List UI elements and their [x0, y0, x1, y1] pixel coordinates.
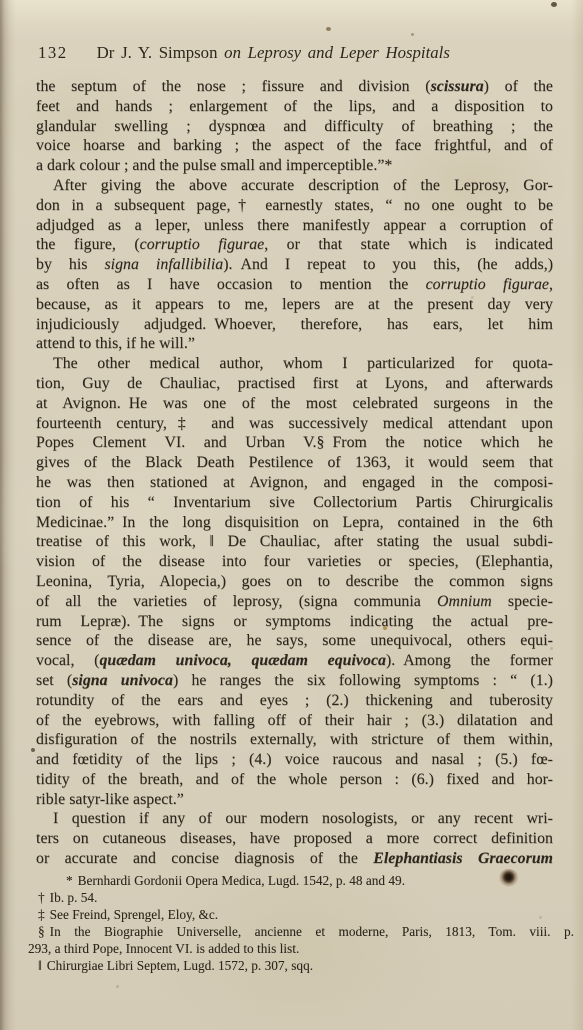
footnote-marker: *	[66, 872, 73, 889]
page-header: 132Dr J. Y. Simpson on Leprosy and Leper…	[38, 43, 553, 63]
text-segment: by his	[36, 256, 104, 273]
text-segment: ) he ranges the six following symptoms :…	[173, 672, 553, 689]
text-segment: of the eyebrows, with falling off of the…	[36, 712, 553, 729]
text-segment: fourteenth century,‡ and was successivel…	[36, 415, 553, 432]
text-line: rum Lepræ). The signs or symptoms indica…	[36, 612, 553, 632]
running-title: Dr J. Y. Simpson on Leprosy and Leper Ho…	[97, 43, 450, 62]
text-line: sence of the disease are, he says, some …	[36, 631, 553, 651]
text-segment: or accurate and concise diagnosis of the	[36, 850, 373, 867]
text-line: and fœtidity of the lips ; (4.) voice ra…	[36, 750, 553, 770]
text-segment: attend to this, if he will.”	[36, 335, 195, 352]
footnote-line: §In the Biographie Universelle, ancienne…	[28, 923, 574, 940]
running-title-italic: on Leprosy and Leper Hospitals	[224, 43, 450, 62]
text-segment: rible satyr-like aspect.”	[36, 791, 184, 808]
text-segment: ters on cutaneous diseases, have propose…	[36, 830, 553, 847]
text-segment: ) of the	[484, 78, 553, 95]
text-segment: I question if any of our modern nosologi…	[53, 810, 553, 827]
paper-speck	[550, 647, 553, 650]
text-segment: signa univoca	[72, 672, 173, 689]
text-line: attend to this, if he will.”	[36, 334, 553, 354]
text-segment: Popes Clement VI. and Urban V.§ From the…	[36, 434, 553, 451]
text-segment: vision of the disease into four varietie…	[36, 553, 553, 570]
text-line: don in a subsequent page,† earnestly sta…	[36, 196, 553, 216]
text-line: set (signa univoca) he ranges the six fo…	[36, 671, 553, 691]
text-segment: sence of the disease are, he says, some …	[36, 632, 553, 649]
footnote-marker: ‡	[38, 906, 45, 923]
footnote-line: †Ib. p. 54.	[28, 889, 574, 906]
text-line: at Avignon. He was one of the most celeb…	[36, 394, 553, 414]
text-segment: corruptio figurae	[426, 276, 549, 293]
footnote-line: *Bernhardi Gordonii Opera Medica, Lugd. …	[28, 872, 574, 889]
text-line: vocal, (quædam univoca, quædam equivoca)…	[36, 651, 553, 671]
text-segment: ). And I repeat to you this, (he adds,)	[223, 256, 553, 273]
text-line: Medicinae.” In the long disquisition on …	[36, 513, 553, 533]
paper-speck	[551, 2, 557, 7]
text-line: the septum of the nose ; fissure and div…	[36, 77, 553, 97]
text-segment: and fœtidity of the lips ; (4.) voice ra…	[36, 751, 553, 768]
text-line: The other medical author, whom I particu…	[36, 354, 553, 374]
text-segment: ,	[549, 276, 553, 293]
text-segment: tidity of the breath, and of the whole p…	[36, 771, 553, 788]
paper-speck	[116, 985, 119, 988]
text-segment: Leonina, Tyria, Alopecia,) goes on to de…	[36, 573, 553, 590]
text-line: voice hoarse and barking ; the aspect of…	[36, 136, 553, 156]
text-segment: After giving the above accurate descript…	[53, 177, 553, 194]
text-segment: scissura	[431, 78, 484, 95]
text-segment: adjudged as a leper, unless there manife…	[36, 217, 553, 234]
text-segment: the figure, (	[36, 236, 140, 253]
text-line: vision of the disease into four varietie…	[36, 552, 553, 572]
page-number: 132	[38, 43, 68, 62]
paper-speck	[90, 420, 93, 423]
running-title-roman: Dr J. Y. Simpson	[97, 43, 225, 62]
footnote-marker: §	[38, 923, 45, 940]
text-line: by his signa infallibilia). And I repeat…	[36, 255, 553, 275]
text-segment: injudiciously adjudged. Whoever, therefo…	[36, 316, 553, 333]
footnote-text: See Freind, Sprengel, Eloy, &c.	[50, 907, 218, 922]
text-segment: because, as it appears to me, lepers are…	[36, 296, 553, 313]
text-segment: rum Lepræ). The signs or symptoms indica…	[36, 613, 553, 630]
text-segment: a dark colour ; and the pulse small and …	[36, 157, 392, 174]
text-line: After giving the above accurate descript…	[36, 176, 553, 196]
text-segment: , or that state which is indicated	[264, 236, 553, 253]
text-line: injudiciously adjudged. Whoever, therefo…	[36, 315, 553, 335]
text-segment: quædam univoca, quædam equivoca	[99, 652, 385, 669]
text-segment: of all the varieties of leprosy, (signa …	[36, 593, 437, 610]
text-line: a dark colour ; and the pulse small and …	[36, 156, 553, 176]
text-segment: ). Among the former	[386, 652, 553, 669]
text-line: Leonina, Tyria, Alopecia,) goes on to de…	[36, 572, 553, 592]
text-line: or accurate and concise diagnosis of the…	[36, 849, 553, 869]
text-line: tion, Guy de Chauliac, practised first a…	[36, 374, 553, 394]
text-segment: glandular swelling ; dyspnœa and difficu…	[36, 118, 553, 135]
footnote-text: Bernhardi Gordonii Opera Medica, Lugd. 1…	[78, 873, 405, 888]
text-segment: as often as I have occasion to mention t…	[36, 276, 426, 293]
text-segment: Medicinae.” In the long disquisition on …	[36, 514, 553, 531]
footnote-marker: †	[38, 889, 45, 906]
footnote-line: ‖Chirurgiae Libri Septem, Lugd. 1572, p.…	[28, 957, 574, 974]
text-segment: voice hoarse and barking ; the aspect of…	[36, 137, 553, 154]
paper-speck	[31, 748, 35, 752]
text-segment: set (	[36, 672, 72, 689]
text-segment: vocal, (	[36, 652, 99, 669]
text-line: ters on cutaneous diseases, have propose…	[36, 829, 553, 849]
text-line: I question if any of our modern nosologi…	[36, 809, 553, 829]
footnote-text: Ib. p. 54.	[50, 890, 98, 905]
text-line: feet and hands ; enlargement of the lips…	[36, 97, 553, 117]
footnote-text: 293, a third Pope, Innocent VI. is added…	[28, 941, 299, 956]
footnote-marker: ‖	[38, 957, 42, 974]
text-line: fourteenth century,‡ and was successivel…	[36, 414, 553, 434]
text-segment: Omnium	[437, 593, 492, 610]
text-segment: feet and hands ; enlargement of the lips…	[36, 98, 553, 115]
footnote-line: 293, a third Pope, Innocent VI. is added…	[28, 940, 574, 957]
text-segment: rotundity of the ears and eyes ; (2.) th…	[36, 692, 553, 709]
text-segment: Elephantiasis Graecorum	[373, 850, 553, 867]
text-line: Popes Clement VI. and Urban V.§ From the…	[36, 433, 553, 453]
text-segment: treatise of this work, ‖ De Chauliac, af…	[36, 533, 553, 550]
text-line: adjudged as a leper, unless there manife…	[36, 216, 553, 236]
text-line: rible satyr-like aspect.”	[36, 790, 553, 810]
text-line: glandular swelling ; dyspnœa and difficu…	[36, 117, 553, 137]
text-segment: disfiguration of the nostrils externally…	[36, 731, 553, 748]
footnotes: *Bernhardi Gordonii Opera Medica, Lugd. …	[28, 872, 574, 974]
footnote-line: ‡See Freind, Sprengel, Eloy, &c.	[28, 906, 574, 923]
text-segment: The other medical author, whom I particu…	[53, 355, 553, 372]
text-segment: he was then stationed at Avignon, and en…	[36, 474, 553, 491]
paper-speck	[383, 626, 387, 630]
paper-speck	[411, 33, 414, 36]
text-segment: at Avignon. He was one of the most celeb…	[36, 395, 553, 412]
text-line: of all the varieties of leprosy, (signa …	[36, 592, 553, 612]
text-segment: tion, Guy de Chauliac, practised first a…	[36, 375, 553, 392]
text-line: the figure, (corruptio figurae, or that …	[36, 235, 553, 255]
paper-speck	[326, 27, 331, 31]
text-segment: don in a subsequent page,† earnestly sta…	[36, 197, 553, 214]
paper-speck	[539, 916, 542, 919]
text-line: because, as it appears to me, lepers are…	[36, 295, 553, 315]
page-body-text: the septum of the nose ; fissure and div…	[36, 77, 553, 869]
ink-blot	[499, 869, 519, 887]
text-line: gives of the Black Death Pestilence of 1…	[36, 453, 553, 473]
text-segment: tion of his “ Inventarium sive Collector…	[36, 494, 553, 511]
text-segment: the septum of the nose ; fissure and div…	[36, 78, 431, 95]
text-segment: signa infallibilia	[104, 256, 223, 273]
text-line: tidity of the breath, and of the whole p…	[36, 770, 553, 790]
text-line: as often as I have occasion to mention t…	[36, 275, 553, 295]
text-line: rotundity of the ears and eyes ; (2.) th…	[36, 691, 553, 711]
text-line: of the eyebrows, with falling off of the…	[36, 711, 553, 731]
text-segment: corruptio figurae	[140, 236, 265, 253]
text-segment: specie-	[492, 593, 553, 610]
text-line: tion of his “ Inventarium sive Collector…	[36, 493, 553, 513]
footnote-text: In the Biographie Universelle, ancienne …	[50, 924, 574, 939]
text-line: treatise of this work, ‖ De Chauliac, af…	[36, 532, 553, 552]
text-line: he was then stationed at Avignon, and en…	[36, 473, 553, 493]
text-line: disfiguration of the nostrils externally…	[36, 730, 553, 750]
footnote-text: Chirurgiae Libri Septem, Lugd. 1572, p. …	[47, 958, 313, 973]
text-segment: gives of the Black Death Pestilence of 1…	[36, 454, 553, 471]
paper-speck	[471, 296, 474, 299]
book-page: 132Dr J. Y. Simpson on Leprosy and Leper…	[0, 0, 583, 1030]
